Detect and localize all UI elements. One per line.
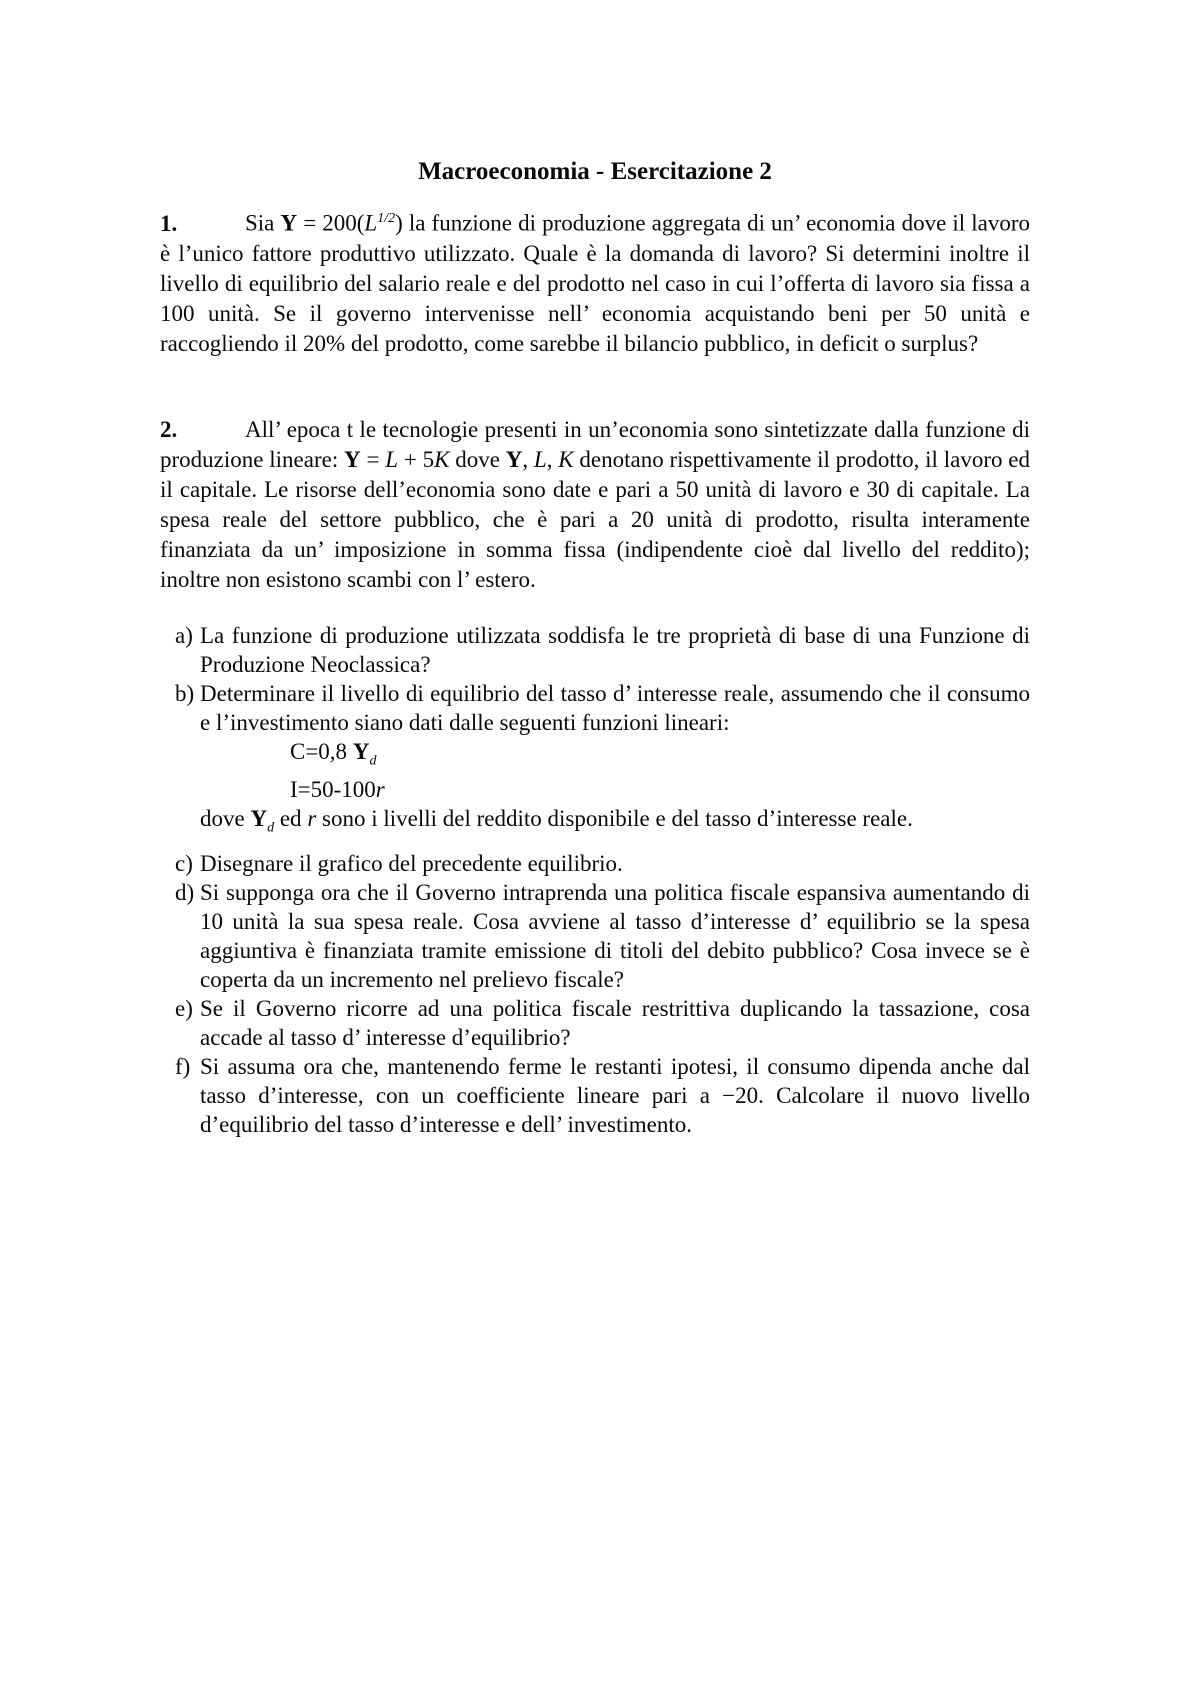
problem-1-equation: = 200( xyxy=(297,211,364,236)
question-b: b) Determinare il livello di equilibrio … xyxy=(160,679,1030,843)
question-c-text: Disegnare il grafico del precedente equi… xyxy=(200,849,1030,878)
consumption-formula: C=0,8 Yd xyxy=(290,737,1030,776)
note-rest: sono i livelli del reddito disponibile e… xyxy=(316,806,913,831)
comma: , xyxy=(522,447,534,472)
document-content: Macroeconomia - Esercitazione 2 1.Sia Y … xyxy=(0,0,1200,1139)
question-f-text: Si assuma ora che, mantenendo ferme le r… xyxy=(200,1052,1030,1139)
var-r: r xyxy=(376,777,385,802)
question-f: f) Si assuma ora che, mantenendo ferme l… xyxy=(160,1052,1030,1139)
var-K: K xyxy=(558,447,573,472)
var-Y: Y xyxy=(353,739,370,764)
question-c: c) Disegnare il grafico del precedente e… xyxy=(160,849,1030,878)
note-ed: ed xyxy=(274,806,307,831)
var-Y: Y xyxy=(280,211,297,236)
question-d-label: d) xyxy=(175,878,200,994)
var-r: r xyxy=(307,806,316,831)
question-b-label: b) xyxy=(175,679,200,843)
question-e-text: Se il Governo ricorre ad una politica fi… xyxy=(200,994,1030,1052)
plus-5: + 5 xyxy=(398,447,434,472)
question-d-text: Si supponga ora che il Governo intrapren… xyxy=(200,878,1030,994)
question-list: a) La funzione di produzione utilizzata … xyxy=(160,621,1030,1139)
question-e-label: e) xyxy=(175,994,200,1052)
investment-formula: I=50-100r xyxy=(290,775,1030,804)
var-Y: Y xyxy=(344,447,361,472)
question-a: a) La funzione di produzione utilizzata … xyxy=(160,621,1030,679)
formula-i-pre: I=50-100 xyxy=(290,777,376,802)
note-dove: dove xyxy=(200,806,250,831)
comma: , xyxy=(547,447,559,472)
question-c-label: c) xyxy=(175,849,200,878)
question-a-text: La funzione di produzione utilizzata sod… xyxy=(200,621,1030,679)
problem-2-text-dove: dove xyxy=(449,447,505,472)
problem-2: 2.All’ epoca t le tecnologie presenti in… xyxy=(160,415,1030,595)
question-a-label: a) xyxy=(175,621,200,679)
var-K: K xyxy=(434,447,449,472)
var-Y: Y xyxy=(506,447,523,472)
problem-1-number: 1. xyxy=(160,209,245,239)
question-b-text: Determinare il livello di equilibrio del… xyxy=(200,679,1030,737)
equals-sign: = xyxy=(361,447,386,472)
var-L: L xyxy=(364,211,377,236)
question-e: e) Se il Governo ricorre ad una politica… xyxy=(160,994,1030,1052)
document-title: Macroeconomia - Esercitazione 2 xyxy=(160,156,1030,188)
document-page: Macroeconomia - Esercitazione 2 1.Sia Y … xyxy=(0,0,1200,1698)
question-d: d) Si supponga ora che il Governo intrap… xyxy=(160,878,1030,994)
subscript-d: d xyxy=(369,753,376,768)
exponent-one-half: 1/2 xyxy=(377,211,395,226)
problem-2-number: 2. xyxy=(160,415,245,445)
question-b-note: dove Yd ed r sono i livelli del reddito … xyxy=(200,804,1030,843)
problem-1-text-pre: Sia xyxy=(245,211,280,236)
var-Y: Y xyxy=(250,806,267,831)
question-b-body: Determinare il livello di equilibrio del… xyxy=(200,679,1030,843)
var-L: L xyxy=(534,447,547,472)
var-L: L xyxy=(385,447,398,472)
question-f-label: f) xyxy=(175,1052,200,1139)
problem-1: 1.Sia Y = 200(L1/2) la funzione di produ… xyxy=(160,204,1030,359)
formula-c-pre: C=0,8 xyxy=(290,739,353,764)
